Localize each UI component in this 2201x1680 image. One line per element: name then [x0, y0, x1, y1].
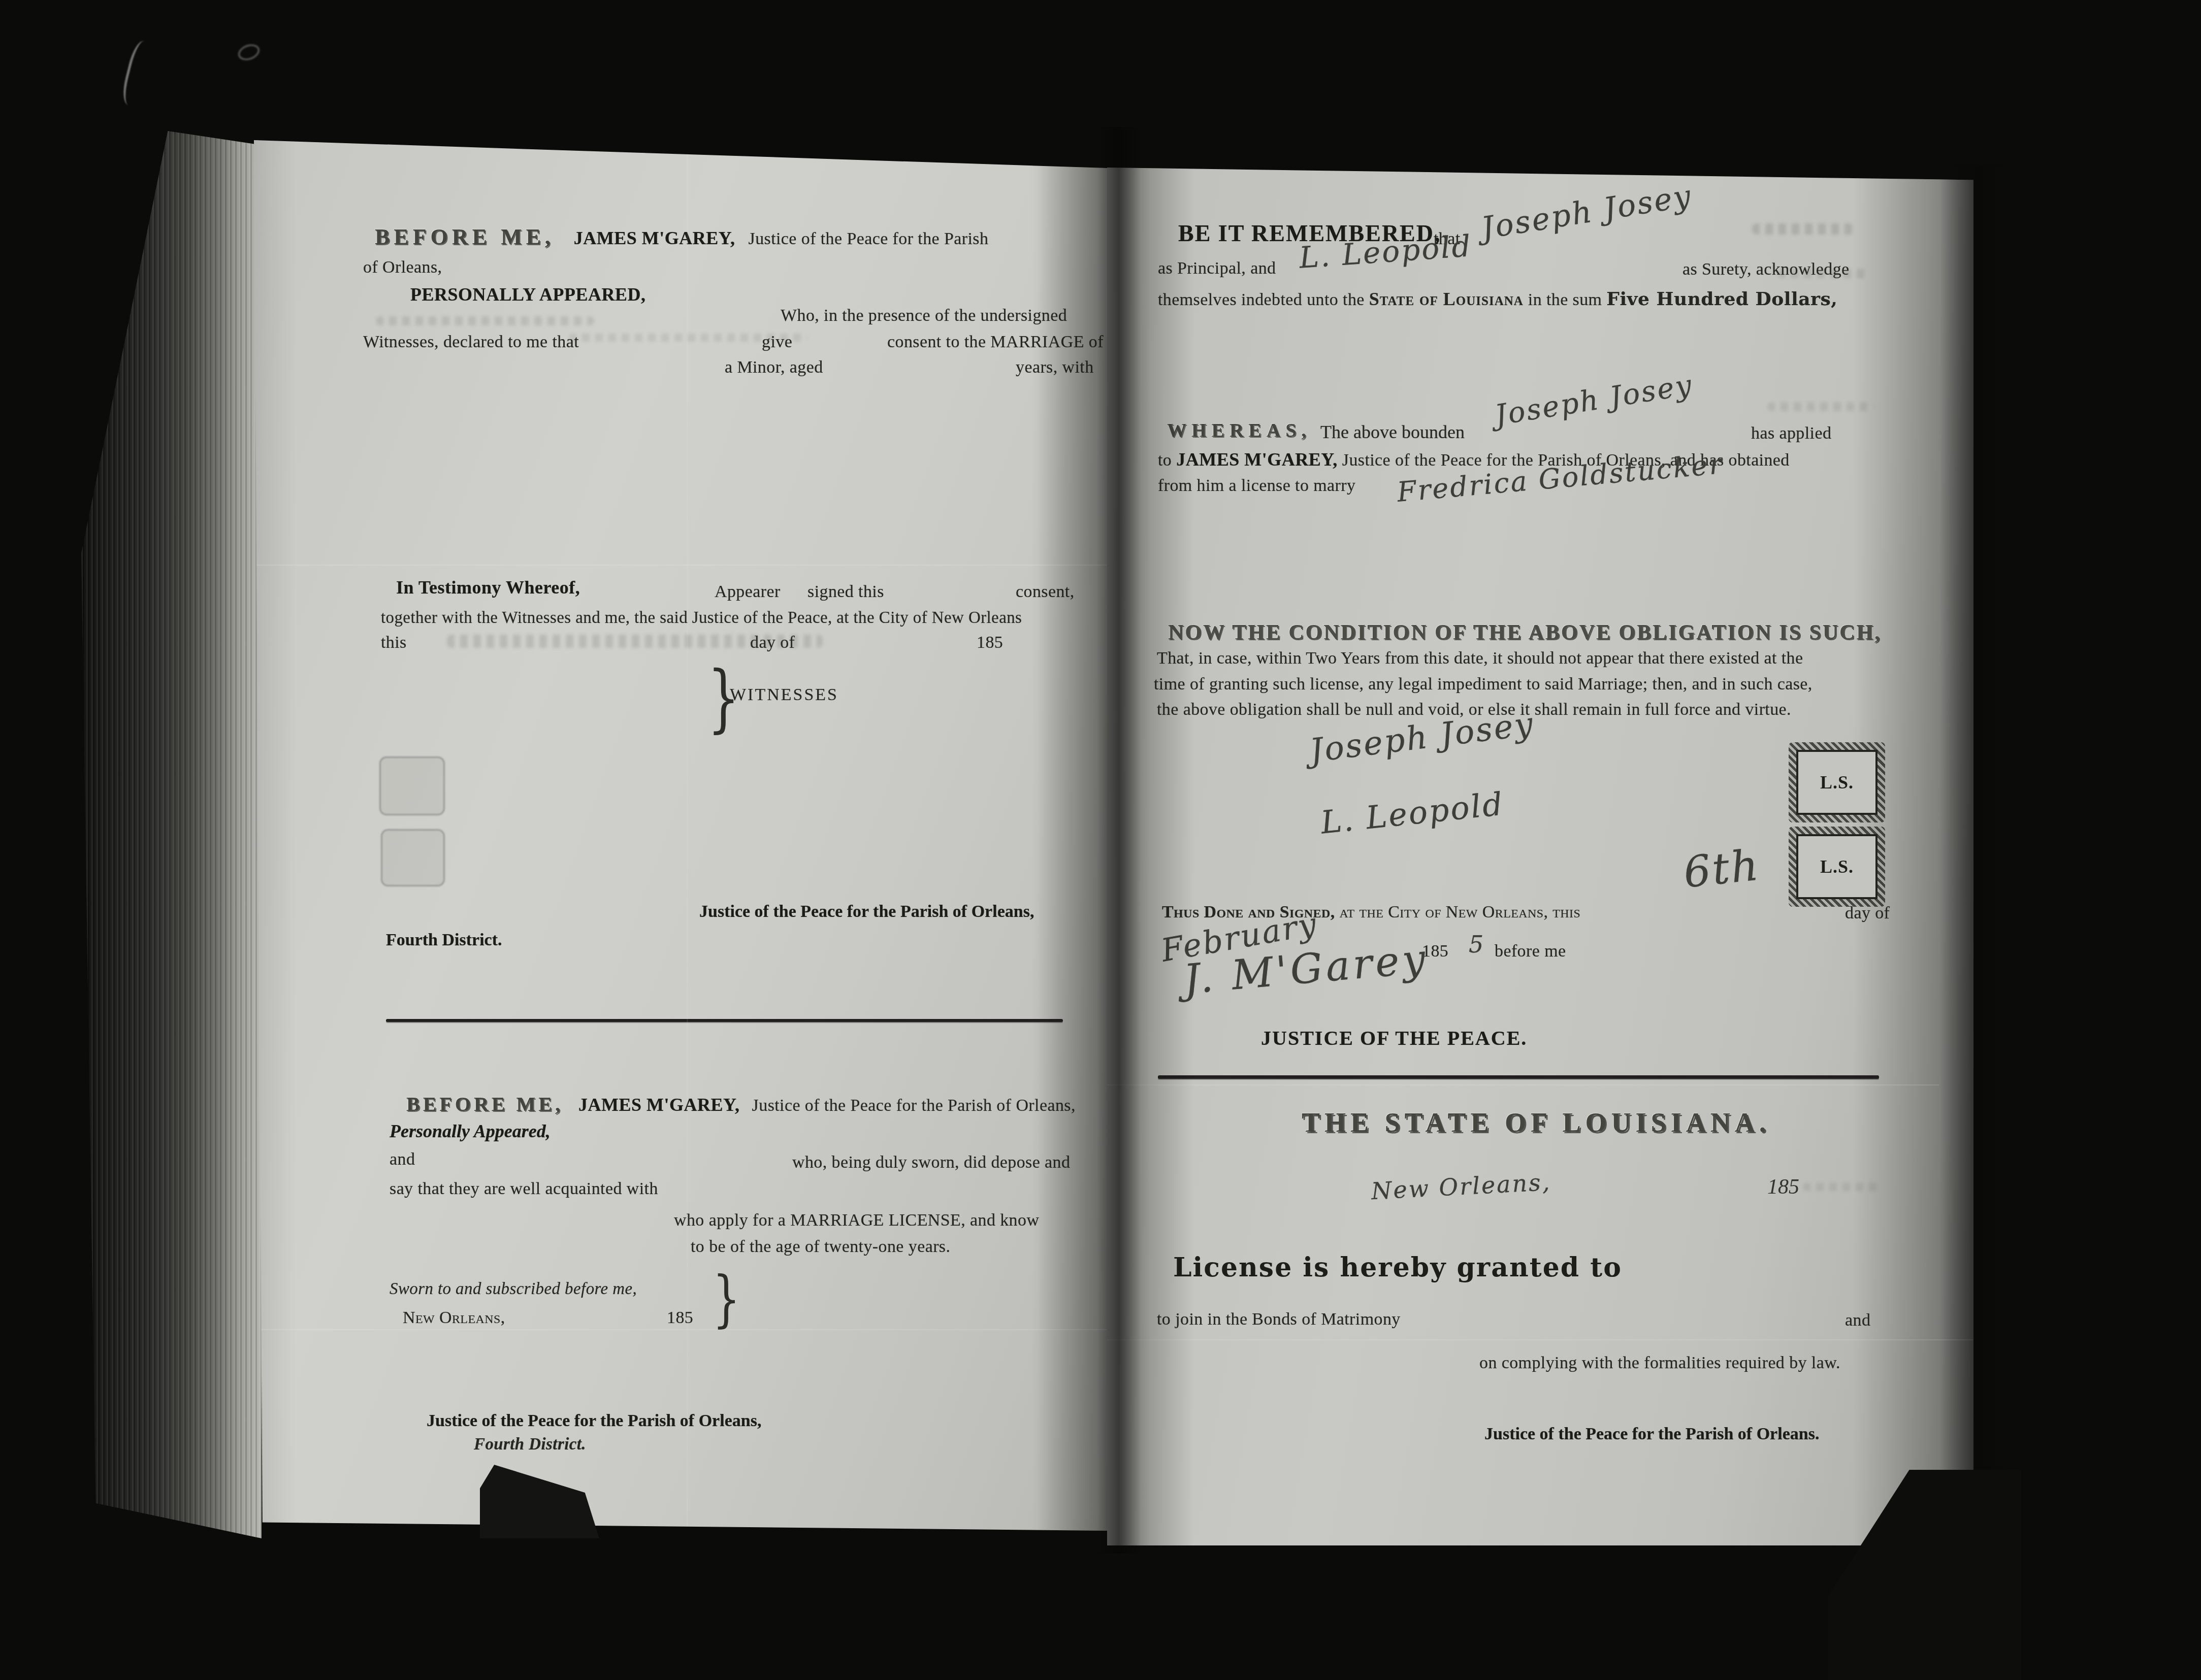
film-scratch-line [254, 565, 1107, 566]
fourth-district-mid: Fourth District. [386, 931, 502, 949]
duly-sworn-line: who, being duly sworn, did depose and [792, 1153, 1070, 1172]
principal-name-handwritten: Joseph Josey [1479, 179, 1694, 246]
condition-heading: NOW THE CONDITION OF THE ABOVE OBLIGATIO… [1168, 621, 1881, 644]
justice-name: JAMES M'GAREY, [574, 228, 735, 248]
ghost-ornate-bleed [447, 635, 823, 648]
gutter-shadow [1037, 127, 1194, 1554]
ghost-bleed-line [1777, 269, 1869, 278]
ghost-bleed-line [1767, 402, 1874, 411]
notary-seal-2: L.S. [1789, 827, 1885, 907]
new-orleans-line: New Orleans, [403, 1308, 505, 1327]
seal-ls-label-2: L.S. [1796, 834, 1878, 899]
section-divider [386, 1019, 1063, 1022]
right-page-edge-shadow [1940, 165, 2021, 1549]
jp-line-bottom-right: Justice of the Peace for the Parish of O… [1484, 1425, 1819, 1443]
page-edge-stack [81, 131, 262, 1538]
day-of-words: day of [1845, 904, 1890, 923]
film-scratch-line [1107, 1084, 1939, 1085]
fourth-district-bottom: Fourth District. [474, 1435, 586, 1454]
notary-seal-1: L.S. [1789, 742, 1885, 822]
who-presence-line: Who, in the presence of the undersigned [781, 306, 1067, 325]
personally-appeared-heading: PERSONALLY APPEARED, [410, 285, 645, 305]
before-me-heading-2: BEFORE ME, [406, 1093, 563, 1115]
witnesses-declared-line: Witnesses, declared to me that [363, 333, 579, 351]
new-orleans-script: New Orleans, [1371, 1169, 1552, 1204]
jp-line-mid: Justice of the Peace for the Parish of O… [699, 902, 1034, 921]
appearer-word: Appearer [715, 582, 781, 601]
has-applied-words: has applied [1751, 424, 1831, 443]
minor-aged-line: a Minor, aged [725, 358, 823, 377]
state-of-louisiana-heading: THE STATE OF LOUISIANA. [1302, 1108, 1770, 1138]
acquainted-line: say that they are well acquainted with [390, 1179, 658, 1198]
condition-text-2: time of granting such license, any legal… [1154, 675, 1812, 694]
book-scan: BEFORE ME, JAMES M'GAREY, Justice of the… [0, 0, 2201, 1680]
this-word: this [381, 633, 407, 652]
condition-text-1: That, in case, within Two Years from thi… [1157, 649, 1803, 668]
justice-of-peace-caption: JUSTICE OF THE PEACE. [1261, 1027, 1527, 1049]
state-of-louisiana-caps: State of Louisiana [1369, 289, 1524, 309]
surety-signature: L. Leopold [1319, 786, 1505, 840]
and-word: and [390, 1150, 415, 1169]
give-word: give [762, 333, 792, 351]
film-scratch-line [254, 1329, 1107, 1330]
ghost-seal-impression [381, 829, 445, 886]
sworn-brace: } [713, 1266, 740, 1333]
indebted-mid: in the sum [1524, 290, 1606, 309]
personally-appeared-2: Personally Appeared, [390, 1122, 551, 1142]
before-me-heading: BEFORE ME, [375, 224, 555, 249]
film-scratch-squiggle [236, 41, 262, 63]
together-witnesses-line: together with the Witnesses and me, the … [381, 609, 1022, 627]
film-scratch-vertical [687, 135, 688, 1531]
page-edge-stripes [81, 131, 262, 1538]
year-185-b: 185 [667, 1308, 693, 1327]
of-orleans-line: of Orleans, [363, 258, 442, 277]
before-me-words: before me [1495, 942, 1566, 961]
and-word-2: and [1845, 1311, 1870, 1330]
thus-done-rest: at the City of New Orleans, this [1335, 903, 1581, 921]
section-divider [1158, 1075, 1879, 1079]
left-heading-row-2: BEFORE ME, JAMES M'GAREY, Justice of the… [406, 1093, 1076, 1115]
year-185: 185 [977, 633, 1003, 652]
signed-this-words: signed this [807, 582, 884, 601]
left-heading-row: BEFORE ME, JAMES M'GAREY, Justice of the… [375, 225, 988, 249]
above-bounden-words: The above bounden [1320, 422, 1465, 443]
justice-title: Justice of the Peace for the Parish [749, 229, 989, 248]
five-hundred-dollars: Five Hundred Dollars, [1606, 288, 1837, 310]
ghost-seal-impression [379, 756, 445, 815]
jp-line-bottom: Justice of the Peace for the Parish of O… [427, 1411, 761, 1430]
witnesses-label: WITNESSES [730, 685, 838, 704]
bounden-name-handwritten: Joseph Josey [1493, 370, 1695, 432]
film-scratch-mark [119, 39, 157, 108]
seal-ls-label-1: L.S. [1796, 750, 1878, 815]
mgarey-name-bold: JAMES M'GAREY, [1176, 449, 1338, 470]
sworn-subscribed-line: Sworn to and subscribed before me, [390, 1280, 637, 1298]
license-granted-heading: License is hereby granted to [1173, 1253, 1622, 1282]
right-page: BE IT REMEMBERED, that Joseph Josey as P… [1107, 168, 1973, 1545]
film-scratch-line [1107, 1339, 1973, 1340]
ghost-bleed-line [376, 316, 594, 325]
year-185-italic: 185 [1767, 1175, 1799, 1199]
age-line: to be of the age of twenty-one years. [691, 1237, 950, 1256]
thus-done-line: Thus Done and Signed, at the City of New… [1162, 903, 1580, 921]
year-digit-handwritten: 5 [1469, 932, 1485, 958]
left-page: BEFORE ME, JAMES M'GAREY, Justice of the… [254, 135, 1107, 1531]
in-testimony-heading: In Testimony Whereof, [396, 578, 580, 598]
indebted-line: themselves indebted unto the State of Lo… [1158, 289, 1837, 310]
ghost-bleed-line [1752, 223, 1854, 235]
apply-license-line: who apply for a MARRIAGE LICENSE, and kn… [674, 1211, 1039, 1230]
day-number-handwritten: 6th [1681, 841, 1762, 896]
ghost-bleed-line [1803, 1183, 1879, 1191]
justice-title-2: Justice of the Peace for the Parish of O… [752, 1096, 1076, 1115]
complying-line: on complying with the formalities requir… [1479, 1354, 1840, 1372]
justice-name-2: JAMES M'GAREY, [578, 1095, 740, 1115]
